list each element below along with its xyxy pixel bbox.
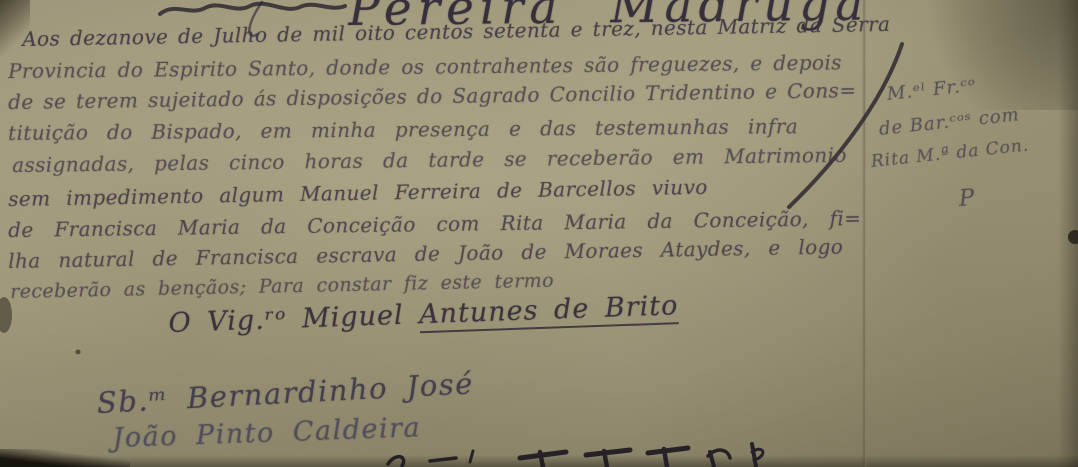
margin-note: Rita M.ª da Con. bbox=[870, 135, 1030, 172]
priest-signature-prefix: O Vig.ʳᵒ Miguel bbox=[168, 299, 420, 339]
margin-fold-line bbox=[862, 0, 867, 467]
next-entry-cutoff-strokes bbox=[388, 444, 763, 467]
photo-vignette-right bbox=[1058, 0, 1078, 467]
photo-edge-bottom-left bbox=[0, 449, 130, 467]
margin-note: de Bar.ᶜᵒˢ com bbox=[878, 104, 1021, 140]
clipped-heading-word-stroke bbox=[160, 4, 345, 14]
photo-vignette-bottom bbox=[0, 455, 1078, 467]
margin-note: M.ᵉˡ Fr.ᶜᵒ bbox=[886, 75, 977, 105]
manuscript-line: sem impedimento algum Manuel Ferreira de… bbox=[8, 175, 708, 211]
manuscript-line: tituição do Bispado, em minha presença e… bbox=[8, 114, 798, 145]
manuscript-line: assignadas, pelas cinco horas da tarde s… bbox=[12, 143, 847, 177]
manuscript-page: Pereira Madruga Aos dezanove de Julho de… bbox=[0, 0, 1078, 467]
witness-signature: João Pinto Caldeira bbox=[112, 412, 422, 454]
manuscript-line: de se terem sujeitado ás disposições do … bbox=[8, 78, 857, 114]
margin-note: P bbox=[958, 185, 976, 212]
priest-signature-underlined: Antunes de Brito bbox=[419, 290, 679, 333]
manuscript-line: Provincia do Espirito Santo, donde os co… bbox=[8, 50, 842, 83]
